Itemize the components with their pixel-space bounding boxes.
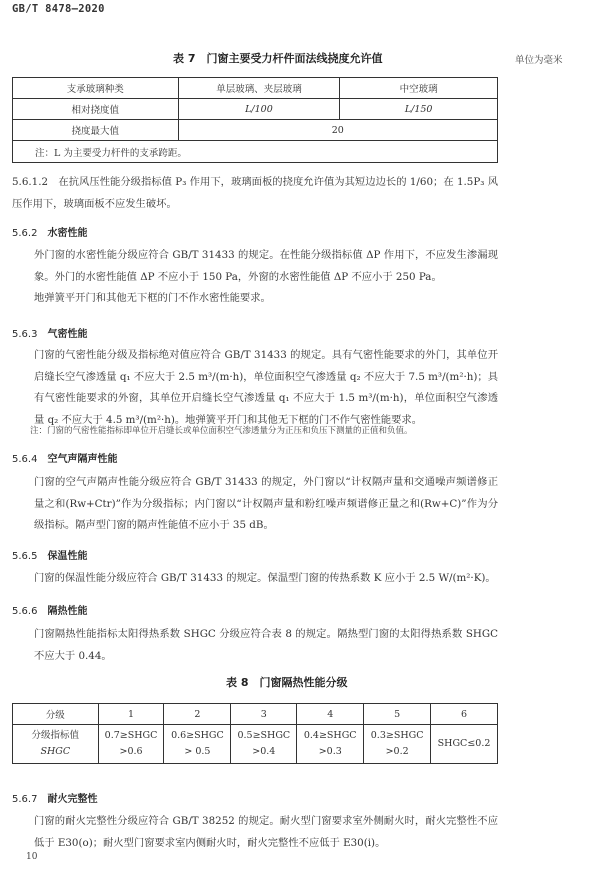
section-title: 空气声隔声性能 <box>47 454 117 465</box>
shgc-cell: 0.6≥SHGC> 0.5 <box>164 725 231 764</box>
table7-note: 注：L 为主要受力杆件的支承跨距。 <box>13 141 498 163</box>
shgc-cell: SHGC≤0.2 <box>431 725 498 764</box>
table-cell: 挠度最大值 <box>13 120 179 141</box>
table-header-cell: 单层玻璃、夹层玻璃 <box>178 78 340 99</box>
table-header-cell: 分级 <box>13 704 99 725</box>
shgc-upper: 0.6≥SHGC <box>164 728 230 744</box>
section-number: 5.6.7 <box>12 794 37 805</box>
shgc-lower: >0.6 <box>99 744 164 760</box>
section-5-6-7-body: 门窗的耐火完整性分级应符合 GB/T 38252 的规定。耐火型门窗要求室外侧耐… <box>12 811 498 854</box>
table-cell: L/100 <box>178 99 340 120</box>
shgc-upper: 0.5≥SHGC <box>231 728 296 744</box>
shgc-cell: 0.3≥SHGC>0.2 <box>364 725 431 764</box>
paragraph: 门窗的耐火完整性分级应符合 GB/T 38252 的规定。耐火型门窗要求室外侧耐… <box>12 811 498 854</box>
table-header-cell: 中空玻璃 <box>340 78 498 99</box>
table-row: 分级指标值 SHGC 0.7≥SHGC>0.6 0.6≥SHGC> 0.5 0.… <box>13 725 498 764</box>
paragraph: 外门窗的水密性能分级应符合 GB/T 31433 的规定。在性能分级指标值 ΔP… <box>12 245 498 288</box>
shgc-upper: 0.3≥SHGC <box>364 728 430 744</box>
section-5-6-4-body: 门窗的空气声隔声性能分级应符合 GB/T 31433 的规定，外门窗以“计权隔声… <box>12 472 498 537</box>
section-number: 5.6.2 <box>12 228 37 239</box>
section-5-6-6-body: 门窗隔热性能指标太阳得热系数 SHGC 分级应符合表 8 的规定。隔热型门窗的太… <box>12 624 498 667</box>
table-header-cell: 分级指标值 SHGC <box>13 725 99 764</box>
table8-header-row: 分级 1 2 3 4 5 6 <box>13 704 498 725</box>
section-5-6-3-body: 门窗的气密性能分级及指标绝对值应符合 GB/T 31433 的规定。具有气密性能… <box>12 345 498 431</box>
section-title: 水密性能 <box>47 228 87 239</box>
section-heading-5-6-7: 5.6.7耐火完整性 <box>12 790 97 805</box>
clause-5-6-1-2: 5.6.1.2 在抗风压性能分级指标值 P₃ 作用下，玻璃面板的挠度允许值为其短… <box>12 172 498 215</box>
shgc-cell: 0.7≥SHGC>0.6 <box>98 725 164 764</box>
table-header-cell: 支承玻璃种类 <box>13 78 179 99</box>
section-5-6-3-note: 注：门窗的气密性能指标即单位开启缝长或单位面积空气渗透量分为正压和负压下测量的正… <box>30 424 413 436</box>
section-heading-5-6-6: 5.6.6隔热性能 <box>12 602 87 617</box>
table-row: 相对挠度值 L/100 L/150 <box>13 99 498 120</box>
shgc-cell: 0.4≥SHGC>0.3 <box>297 725 364 764</box>
grade-cell: 1 <box>98 704 164 725</box>
section-title: 耐火完整性 <box>47 794 97 805</box>
shgc-lower: >0.2 <box>364 744 430 760</box>
grade-cell: 3 <box>231 704 297 725</box>
paragraph: 门窗隔热性能指标太阳得热系数 SHGC 分级应符合表 8 的规定。隔热型门窗的太… <box>12 624 498 667</box>
page-number: 10 <box>26 852 37 862</box>
grade-cell: 4 <box>297 704 364 725</box>
table-cell: 相对挠度值 <box>13 99 179 120</box>
row-label: 分级指标值 <box>13 728 98 744</box>
section-number: 5.6.3 <box>12 329 37 340</box>
shgc-upper: 0.7≥SHGC <box>99 728 164 744</box>
table-cell: 20 <box>178 120 497 141</box>
section-heading-5-6-2: 5.6.2水密性能 <box>12 224 87 239</box>
shgc-upper: 0.4≥SHGC <box>297 728 363 744</box>
grade-cell: 2 <box>164 704 231 725</box>
section-heading-5-6-4: 5.6.4空气声隔声性能 <box>12 450 117 465</box>
table-note-row: 注：L 为主要受力杆件的支承跨距。 <box>13 141 498 163</box>
section-number: 5.6.5 <box>12 551 37 562</box>
table8: 分级 1 2 3 4 5 6 分级指标值 SHGC 0.7≥SHGC>0.6 0… <box>12 703 498 764</box>
section-5-6-5-body: 门窗的保温性能分级应符合 GB/T 31433 的规定。保温型门窗的传热系数 K… <box>12 568 498 590</box>
table7-caption: 表 7 门窗主要受力杆件面法线挠度允许值 <box>173 50 382 66</box>
table7-unit: 单位为毫米 <box>515 52 563 66</box>
shgc-lower: > 0.5 <box>164 744 230 760</box>
grade-cell: 6 <box>431 704 498 725</box>
section-title: 保温性能 <box>47 551 87 562</box>
paragraph: 门窗的保温性能分级应符合 GB/T 31433 的规定。保温型门窗的传热系数 K… <box>12 568 498 590</box>
section-heading-5-6-5: 5.6.5保温性能 <box>12 547 87 562</box>
paragraph: 地弹簧平开门和其他无下框的门不作水密性能要求。 <box>12 288 498 310</box>
section-number: 5.6.4 <box>12 454 37 465</box>
table7: 支承玻璃种类 单层玻璃、夹层玻璃 中空玻璃 相对挠度值 L/100 L/150 … <box>12 77 498 163</box>
section-heading-5-6-3: 5.6.3气密性能 <box>12 325 87 340</box>
table7-header-row: 支承玻璃种类 单层玻璃、夹层玻璃 中空玻璃 <box>13 78 498 99</box>
grade-cell: 5 <box>364 704 431 725</box>
row-label-symbol: SHGC <box>13 744 98 760</box>
shgc-lower: >0.3 <box>297 744 363 760</box>
section-title: 隔热性能 <box>47 606 87 617</box>
standard-code: GB/T 8478—2020 <box>12 3 105 15</box>
section-number: 5.6.6 <box>12 606 37 617</box>
shgc-lower: >0.4 <box>231 744 296 760</box>
paragraph: 门窗的气密性能分级及指标绝对值应符合 GB/T 31433 的规定。具有气密性能… <box>12 345 498 431</box>
section-5-6-2-body: 外门窗的水密性能分级应符合 GB/T 31433 的规定。在性能分级指标值 ΔP… <box>12 245 498 310</box>
section-title: 气密性能 <box>47 329 87 340</box>
shgc-value: SHGC≤0.2 <box>431 736 497 752</box>
shgc-cell: 0.5≥SHGC>0.4 <box>231 725 297 764</box>
table-row: 挠度最大值 20 <box>13 120 498 141</box>
paragraph: 门窗的空气声隔声性能分级应符合 GB/T 31433 的规定，外门窗以“计权隔声… <box>12 472 498 537</box>
table-cell: L/150 <box>340 99 498 120</box>
table8-caption: 表 8 门窗隔热性能分级 <box>226 674 347 690</box>
